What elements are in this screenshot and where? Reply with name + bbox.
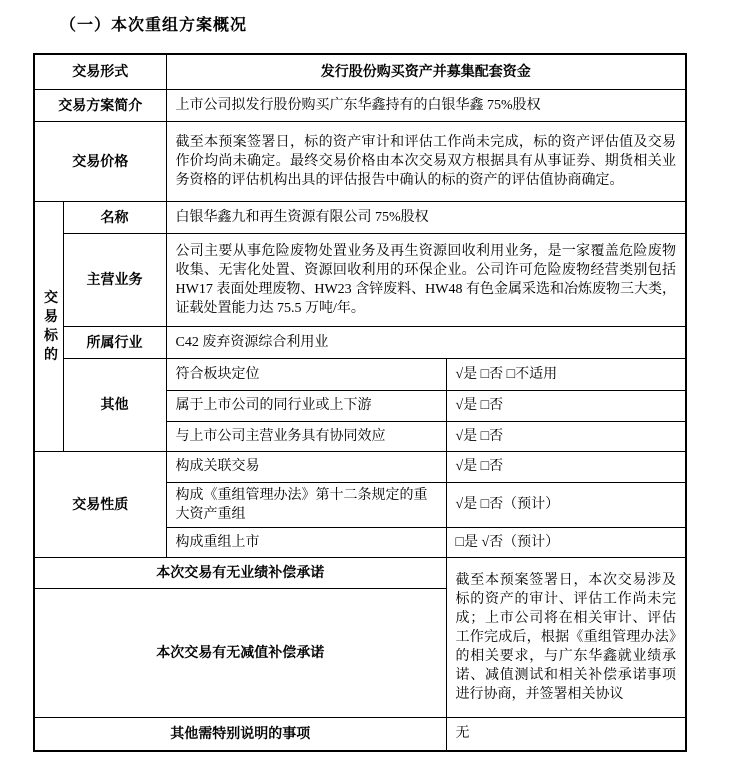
table-row: 所属行业 C42 废弃资源综合利用业 xyxy=(34,326,686,358)
table-row: 本次交易有无业绩补偿承诺 截至本预案签署日，本次交易涉及标的资产的审计、评估工作… xyxy=(34,557,686,588)
deal-price-label: 交易价格 xyxy=(34,121,166,201)
target-other-item-value: √是 □否 xyxy=(446,390,686,421)
table-row: 交易形式 发行股份购买资产并募集配套资金 xyxy=(34,54,686,89)
deal-price-value: 截至本预案签署日，标的资产审计和评估工作尚未完成，标的资产评估值及交易作价均尚未… xyxy=(166,121,686,201)
impairment-commitment-label: 本次交易有无减值补偿承诺 xyxy=(34,588,446,717)
table-row: 其他需特别说明的事项 无 xyxy=(34,717,686,751)
nature-item-label: 构成重组上市 xyxy=(166,527,446,557)
nature-item-label: 构成关联交易 xyxy=(166,451,446,482)
restructuring-overview-table: 交易形式 发行股份购买资产并募集配套资金 交易方案简介 上市公司拟发行股份购买广… xyxy=(33,53,687,752)
target-other-item-label: 属于上市公司的同行业或上下游 xyxy=(166,390,446,421)
target-other-item-label: 与上市公司主营业务具有协同效应 xyxy=(166,421,446,451)
other-notes-value: 无 xyxy=(446,717,686,751)
deal-form-value: 发行股份购买资产并募集配套资金 xyxy=(166,54,686,89)
table-row: 交易价格 截至本预案签署日，标的资产审计和评估工作尚未完成，标的资产评估值及交易… xyxy=(34,121,686,201)
table-row: 主营业务 公司主要从事危险废物处置业务及再生资源回收利用业务，是一家覆盖危险废物… xyxy=(34,233,686,326)
deal-form-label: 交易形式 xyxy=(34,54,166,89)
target-other-item-label: 符合板块定位 xyxy=(166,358,446,390)
table-row: 其他 符合板块定位 √是 □否 □不适用 xyxy=(34,358,686,390)
table-row: 交易性质 构成关联交易 √是 □否 xyxy=(34,451,686,482)
deal-summary-value: 上市公司拟发行股份购买广东华鑫持有的白银华鑫 75%股权 xyxy=(166,89,686,121)
table-row: 交易标的 名称 白银华鑫九和再生资源有限公司 75%股权 xyxy=(34,201,686,233)
target-business-value: 公司主要从事危险废物处置业务及再生资源回收利用业务，是一家覆盖危险废物收集、无害… xyxy=(166,233,686,326)
target-industry-label: 所属行业 xyxy=(63,326,166,358)
target-group-label: 交易标的 xyxy=(34,201,63,451)
target-other-item-value: √是 □否 xyxy=(446,421,686,451)
target-name-label: 名称 xyxy=(63,201,166,233)
target-other-label: 其他 xyxy=(63,358,166,451)
target-business-label: 主营业务 xyxy=(63,233,166,326)
nature-item-value: □是 √否（预计） xyxy=(446,527,686,557)
target-name-value: 白银华鑫九和再生资源有限公司 75%股权 xyxy=(166,201,686,233)
nature-item-value: √是 □否 xyxy=(446,451,686,482)
other-notes-label: 其他需特别说明的事项 xyxy=(34,717,446,751)
target-industry-value: C42 废弃资源综合利用业 xyxy=(166,326,686,358)
nature-item-value: √是 □否（预计） xyxy=(446,482,686,527)
commitments-value: 截至本预案签署日，本次交易涉及标的资产的审计、评估工作尚未完成；上市公司将在相关… xyxy=(446,557,686,717)
deal-summary-label: 交易方案简介 xyxy=(34,89,166,121)
table-row: 交易方案简介 上市公司拟发行股份购买广东华鑫持有的白银华鑫 75%股权 xyxy=(34,89,686,121)
section-heading: （一）本次重组方案概况 xyxy=(60,12,247,35)
performance-commitment-label: 本次交易有无业绩补偿承诺 xyxy=(34,557,446,588)
nature-item-label: 构成《重组管理办法》第十二条规定的重大资产重组 xyxy=(166,482,446,527)
nature-group-label: 交易性质 xyxy=(34,451,166,557)
target-other-item-value: √是 □否 □不适用 xyxy=(446,358,686,390)
